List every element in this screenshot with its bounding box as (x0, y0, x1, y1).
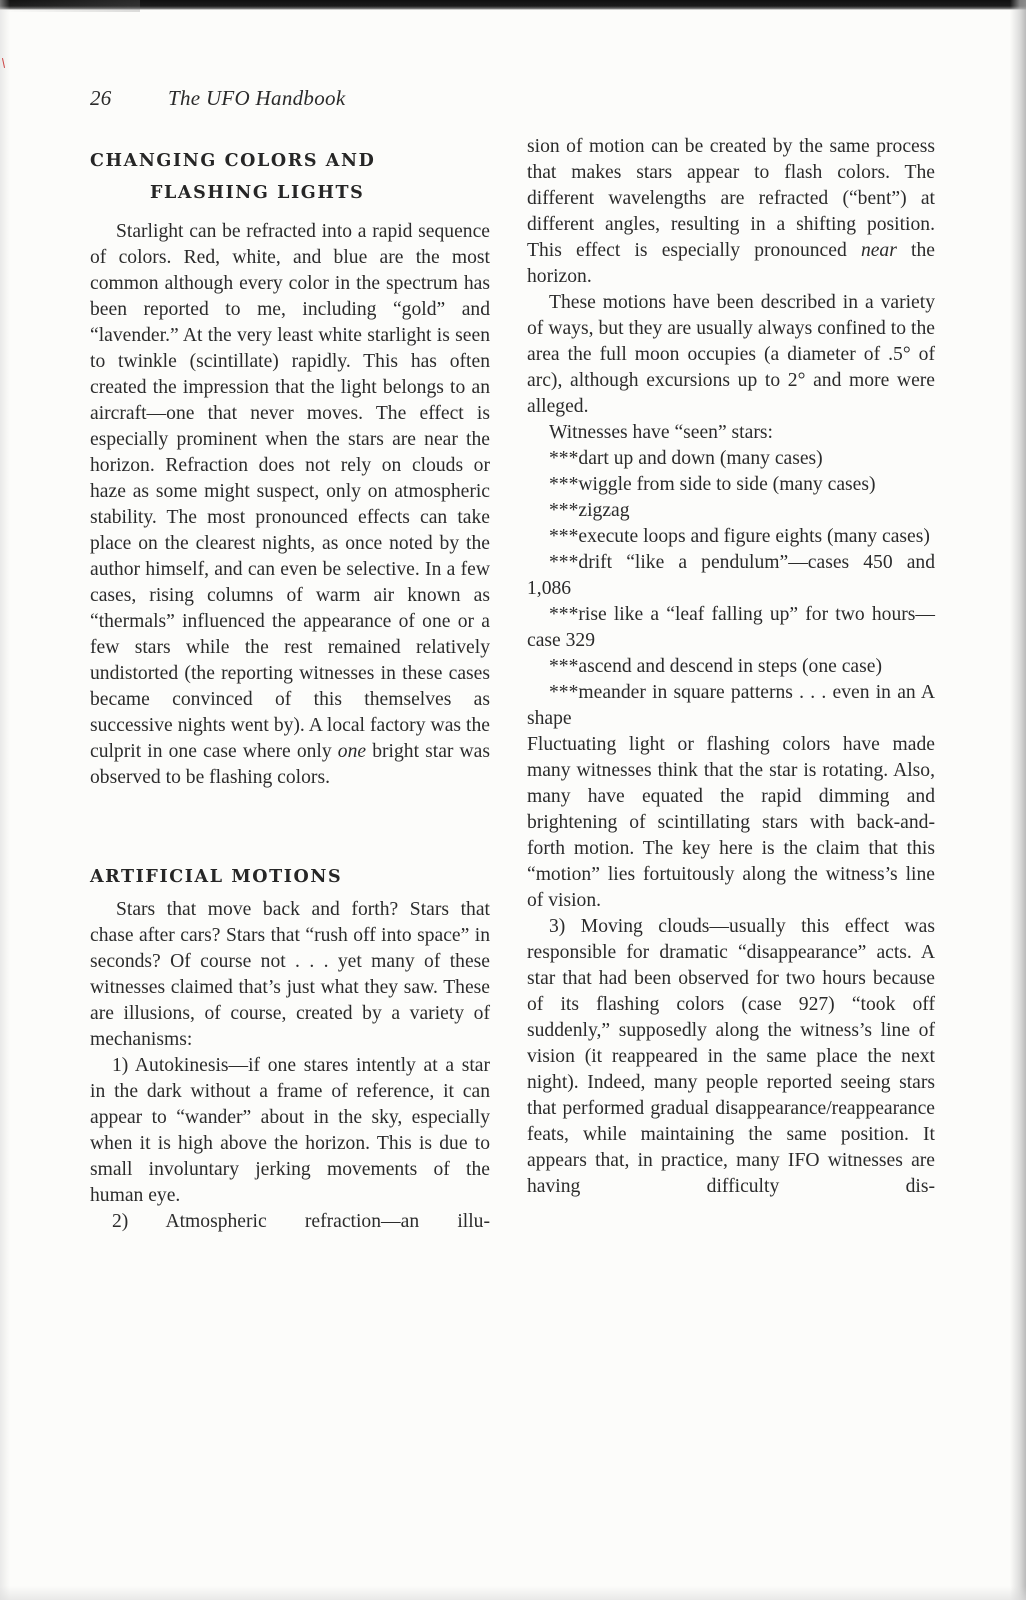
emphasis-text: near (861, 240, 897, 261)
paragraph-stars-move: Stars that move back and forth? Stars th… (90, 897, 490, 1053)
section-heading-artificial-motions: ARTIFICIAL MOTIONS (90, 861, 490, 893)
page-number: 26 (90, 86, 168, 111)
scan-top-border (0, 0, 1026, 10)
paragraph-continuation: sion of motion can be created by the sam… (527, 134, 935, 290)
scan-left-shadow (0, 0, 10, 1600)
witness-list-item: ***zigzag (527, 498, 935, 524)
witness-list-item: ***drift “like a pendulum”—cases 450 and… (527, 550, 935, 602)
list-item-autokinesis: 1) Autokinesis—if one stares intently at… (90, 1053, 490, 1209)
witness-list-item: ***dart up and down (many cases) (527, 446, 935, 472)
paragraph-motions-described: These motions have been described in a v… (527, 290, 935, 420)
paragraph-starlight: Starlight can be refracted into a rapid … (90, 219, 490, 791)
heading-line-1: CHANGING COLORS AND (90, 151, 375, 171)
running-head: 26The UFO Handbook (90, 86, 345, 111)
paragraph-text: Starlight can be refracted into a rapid … (90, 221, 490, 762)
list-item-moving-clouds: 3) Moving clouds—usually this effect was… (527, 914, 935, 1200)
emphasis-text: one (338, 741, 366, 762)
scan-top-fade (0, 0, 140, 12)
witness-list-item: ***execute loops and figure eights (many… (527, 524, 935, 550)
list-item-atmospheric-refraction: 2) Atmospheric refraction—an illu- (90, 1209, 490, 1235)
heading-line-2: FLASHING LIGHTS (90, 177, 490, 209)
section-spacer (90, 791, 490, 861)
witness-list-item: ***wiggle from side to side (many cases) (527, 472, 935, 498)
book-title: The UFO Handbook (168, 86, 345, 110)
left-column: CHANGING COLORS AND FLASHING LIGHTS Star… (90, 145, 490, 1235)
witness-list-item: ***rise like a “leaf falling up” for two… (527, 602, 935, 654)
witness-list-item: ***ascend and descend in steps (one case… (527, 654, 935, 680)
witnesses-intro: Witnesses have “seen” stars: (527, 420, 935, 446)
scan-bottom-shadow (0, 1586, 1026, 1600)
right-column: sion of motion can be created by the sam… (527, 134, 935, 1200)
paragraph-fluctuating-light: Fluctuating light or flashing colors hav… (527, 732, 935, 914)
scan-right-shadow (1010, 0, 1026, 1600)
witness-list-item: ***meander in square patterns . . . even… (527, 680, 935, 732)
section-heading-changing-colors: CHANGING COLORS AND FLASHING LIGHTS (90, 145, 490, 209)
